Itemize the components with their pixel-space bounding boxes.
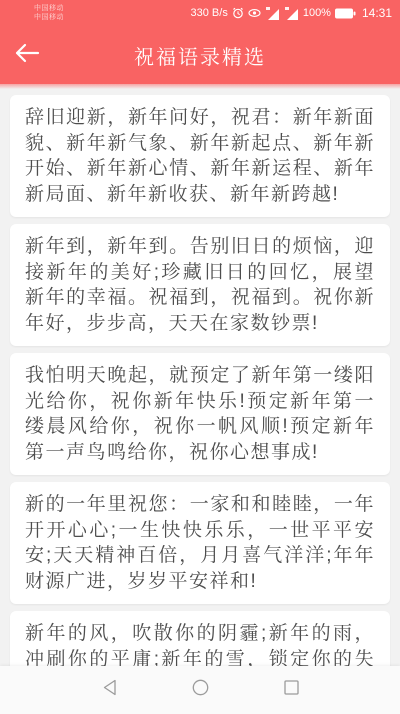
carrier-labels: 中国移动 中国移动 [8, 4, 64, 22]
quote-text: 新的一年里祝您：一家和和睦睦，一年开开心心;一生快快乐乐，一世平平安安;天天精神… [25, 492, 375, 594]
battery-percent: 100% [303, 7, 331, 19]
phone-screen: 中国移动 中国移动 330 B/s 100% 14:31 [0, 0, 400, 714]
nav-home-button[interactable] [185, 675, 215, 705]
nav-back-triangle-icon [102, 679, 117, 701]
back-button[interactable] [14, 26, 58, 84]
page-title: 祝福语录精选 [134, 41, 266, 70]
nav-back-button[interactable] [94, 675, 124, 705]
nav-home-circle-icon [192, 679, 209, 701]
quote-card[interactable]: 辞旧迎新，新年问好，祝君：新年新面貌、新年新气象、新年新起点、新年新开始、新年新… [10, 95, 390, 217]
signal-sim2-icon [284, 7, 299, 20]
status-bar: 中国移动 中国移动 330 B/s 100% 14:31 [0, 0, 400, 26]
app-header: 祝福语录精选 [0, 26, 400, 84]
quote-card[interactable]: 新的一年里祝您：一家和和睦睦，一年开开心心;一生快快乐乐，一世平平安安;天天精神… [10, 482, 390, 604]
nav-recents-button[interactable] [276, 675, 306, 705]
back-arrow-icon [14, 43, 40, 68]
carrier-line2: 中国移动 [34, 13, 64, 22]
quote-text: 新年的风，吹散你的阴霾;新年的雨，冲刷你的平庸;新年的雪，锁定你的失败;新年的阳… [25, 621, 375, 666]
nav-recents-square-icon [284, 680, 299, 700]
battery-icon [335, 8, 356, 19]
quote-text: 我怕明天晚起，就预定了新年第一缕阳光给你，祝你新年快乐!预定新年第一缕晨风给你，… [25, 363, 375, 465]
quote-list[interactable]: 辞旧迎新，新年问好，祝君：新年新面貌、新年新气象、新年新起点、新年新开始、新年新… [0, 84, 400, 666]
clock-time: 14:31 [362, 6, 392, 20]
network-speed: 330 B/s [191, 7, 228, 19]
quote-text: 新年到，新年到。告别旧日的烦恼，迎接新年的美好;珍藏旧日的回忆，展望新年的幸福。… [25, 234, 375, 336]
carrier-line1: 中国移动 [34, 4, 64, 13]
quote-card[interactable]: 新年的风，吹散你的阴霾;新年的雨，冲刷你的平庸;新年的雪，锁定你的失败;新年的阳… [10, 611, 390, 666]
eye-protection-icon [248, 7, 261, 19]
android-nav-bar [0, 666, 400, 714]
signal-sim1-icon [265, 7, 280, 20]
quote-card[interactable]: 新年到，新年到。告别旧日的烦恼，迎接新年的美好;珍藏旧日的回忆，展望新年的幸福。… [10, 224, 390, 346]
quote-card[interactable]: 我怕明天晚起，就预定了新年第一缕阳光给你，祝你新年快乐!预定新年第一缕晨风给你，… [10, 353, 390, 475]
quote-text: 辞旧迎新，新年问好，祝君：新年新面貌、新年新气象、新年新起点、新年新开始、新年新… [25, 105, 375, 207]
alarm-icon [232, 7, 244, 19]
